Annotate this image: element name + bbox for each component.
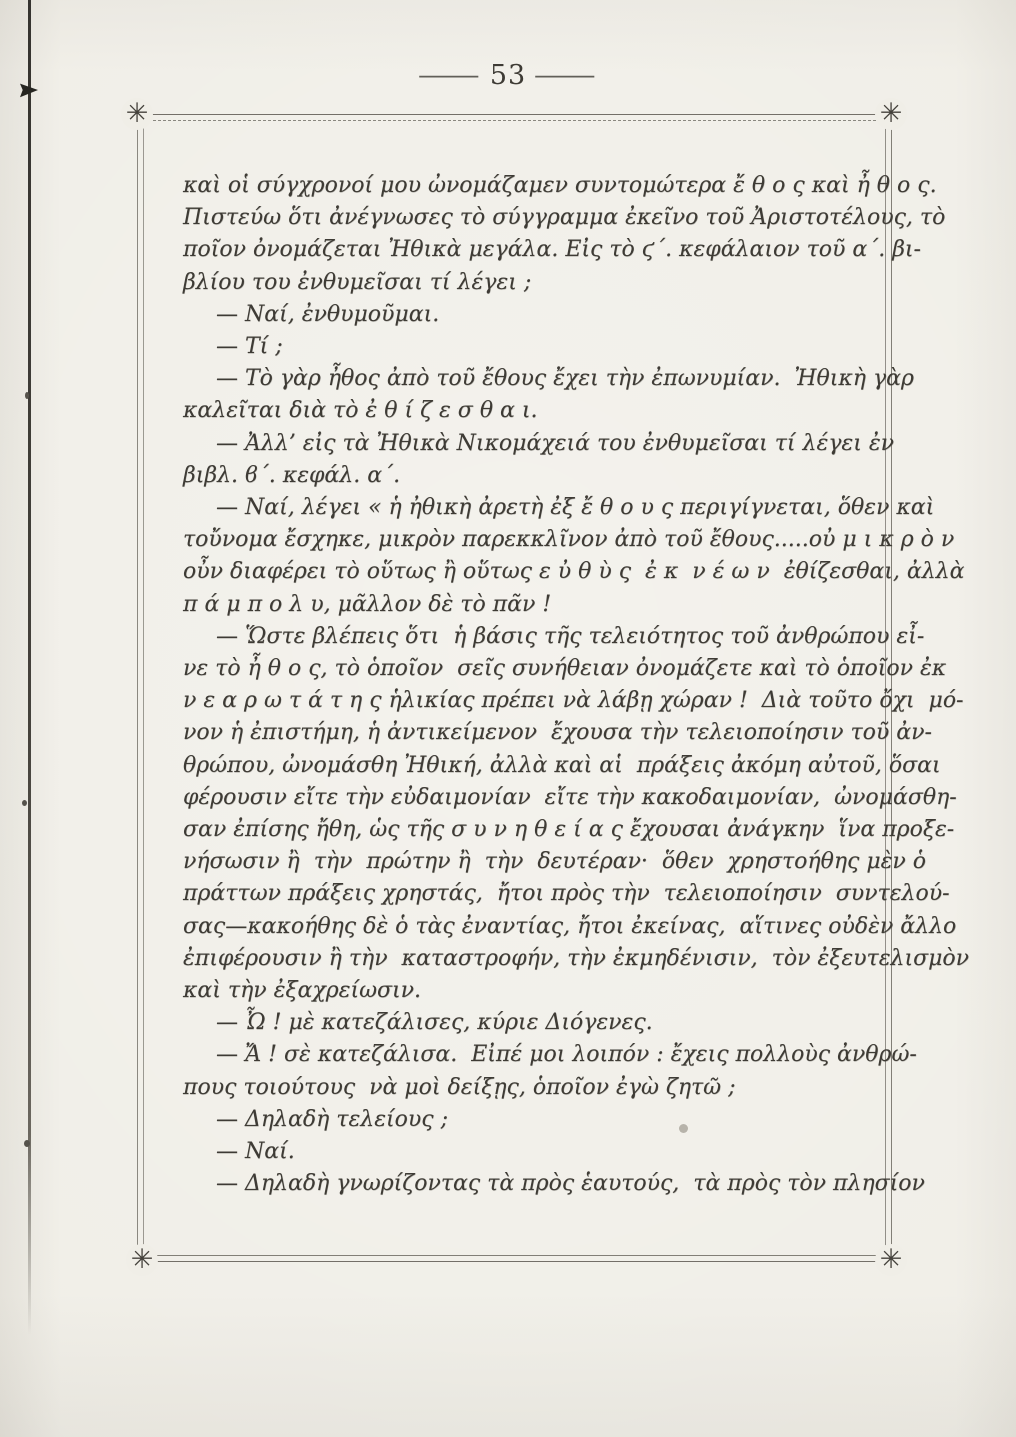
- text-line: καλεῖται διὰ τὸ ἐ θ ί ζ ε σ θ α ι.: [183, 395, 851, 427]
- text-line: ν ε α ρ ω τ ά τ η ς ἡλικίας πρέπει νὰ λά…: [183, 685, 851, 717]
- text-line: βιβλ. ϐ´. κεφάλ. α´.: [183, 460, 851, 492]
- text-line: π ά μ π ο λ υ, μᾶλλον δὲ τὸ πᾶν !: [183, 589, 851, 621]
- text-line: — Τί ;: [183, 331, 851, 363]
- text-line: νον ἡ ἐπιστήμη, ἡ ἀντικείμενον ἔχουσα τὴ…: [183, 717, 851, 749]
- text-line: — Ἄ ! σὲ κατεζάλισα. Εἰπέ μοι λοιπόν : ἔ…: [183, 1039, 851, 1071]
- ink-speck: [22, 800, 27, 806]
- ink-speck: [25, 392, 29, 399]
- asterisk-ornament-icon: ✳: [875, 1244, 907, 1276]
- header-left-dash: —: [416, 60, 483, 91]
- text-line: — Ναί, λέγει « ἡ ἠθικὴ ἀρετὴ ἐξ ἔ θ ο υ …: [183, 492, 851, 524]
- text-line: — Ὥστε βλέπεις ὅτι ἡ βάσις τῆς τελειότητ…: [183, 621, 851, 653]
- text-line: ἐπιφέρουσιν ἢ τὴν καταστροφήν, τὴν ἐκμηδ…: [183, 943, 851, 975]
- text-line: Πιστεύω ὅτι ἀνέγνωσες τὸ σύγγραμμα ἐκεῖν…: [183, 202, 851, 234]
- ink-speck: [24, 1140, 30, 1147]
- text-line: σας—κακοήθης δὲ ὁ τὰς ἐναντίας, ἤτοι ἐκε…: [183, 911, 851, 943]
- page-number: 53: [490, 60, 526, 91]
- text-line: ποῖον ὀνομάζεται Ἠθικὰ μεγάλα. Εἰς τὸ ϛ´…: [183, 234, 851, 266]
- asterisk-ornament-icon: ✳: [126, 1244, 158, 1276]
- text-line: — Δηλαδὴ γνωρίζοντας τὰ πρὸς ἑαυτούς, τὰ…: [183, 1168, 851, 1200]
- text-line: — Ναί.: [183, 1136, 851, 1168]
- text-line: φέρουσιν εἴτε τὴν εὐδαιμονίαν εἴτε τὴν κ…: [183, 782, 851, 814]
- text-line: — Δηλαδὴ τελείους ;: [183, 1104, 851, 1136]
- asterisk-ornament-icon: ✳: [875, 98, 907, 130]
- header-right-dash: —: [533, 60, 600, 91]
- text-line: καὶ οἱ σύγχρονοί μου ὠνομάζαμεν συντομώτ…: [183, 170, 851, 202]
- text-line: θρώπου, ὠνομάσθη Ἠθική, ἀλλὰ καὶ αἱ πράξ…: [183, 750, 851, 782]
- text-line: σαν ἐπίσης ἤθη, ὡς τῆς σ υ ν η θ ε ί α ς…: [183, 814, 851, 846]
- text-line: πους τοιούτους νὰ μοὶ δείξῃς, ὁποῖον ἐγὼ…: [183, 1072, 851, 1104]
- scanned-book-page: { "colors": { "paper": "#f0eee7", "ink":…: [0, 0, 1016, 1437]
- text-line: — Ἀλλ’ εἰς τὰ Ἠθικὰ Νικομάχειά του ἐνθυμ…: [183, 428, 851, 460]
- text-line: νήσωσιν ἢ τὴν πρώτην ἢ τὴν δευτέραν· ὅθε…: [183, 846, 851, 878]
- page-header: —53—: [0, 60, 1016, 91]
- text-line: — Ὦ ! μὲ κατεζάλισες, κύριε Διόγενες.: [183, 1007, 851, 1039]
- text-line: τοὔνομα ἔσχηκε, μικρὸν παρεκκλῖνον ἀπὸ τ…: [183, 524, 851, 556]
- asterisk-ornament-icon: ✳: [121, 98, 153, 130]
- text-line: νε τὸ ἦ θ ο ς, τὸ ὁποῖον σεῖς συνήθειαν …: [183, 653, 851, 685]
- text-line: — Τὸ γὰρ ἦθος ἀπὸ τοῦ ἔθους ἔχει τὴν ἐπω…: [183, 363, 851, 395]
- body-text: καὶ οἱ σύγχρονοί μου ὠνομάζαμεν συντομώτ…: [183, 170, 851, 1201]
- text-line: — Ναί, ἐνθυμοῦμαι.: [183, 299, 851, 331]
- text-line: βλίου του ἐνθυμεῖσαι τί λέγει ;: [183, 267, 851, 299]
- binding-edge-shadow: [28, 0, 31, 1335]
- text-line: οὖν διαφέρει τὸ οὕτως ἢ οὕτως ε ὐ θ ὺ ς …: [183, 556, 851, 588]
- text-line: πράττων πράξεις χρηστάς, ἤτοι πρὸς τὴν τ…: [183, 878, 851, 910]
- text-line: καὶ τὴν ἐξαχρείωσιν.: [183, 975, 851, 1007]
